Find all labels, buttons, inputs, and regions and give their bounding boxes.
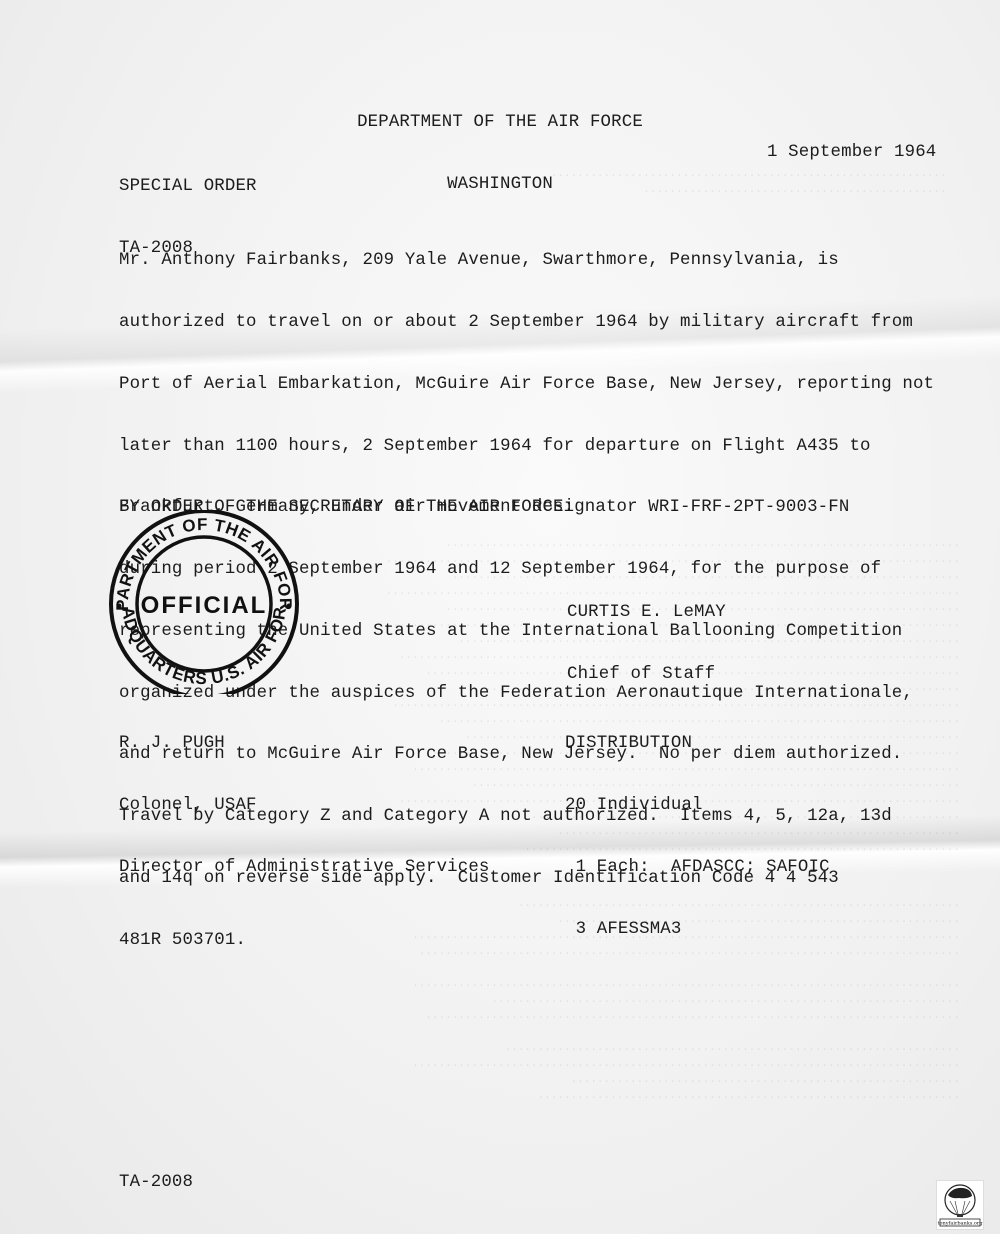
distribution-line: 3 AFESSMA3 <box>565 920 830 941</box>
distribution-line: 20 Individual <box>565 796 830 817</box>
authenticator-name: R. J. PUGH <box>119 734 490 755</box>
signatory-block: CURTIS E. LeMAY Chief of Staff <box>567 562 726 706</box>
department-title: DEPARTMENT OF THE AIR FORCE <box>0 113 1000 134</box>
order-date: 1 September 1964 <box>767 143 936 164</box>
distribution-block: DISTRIBUTION 20 Individual 1 Each: AFDAS… <box>565 693 830 961</box>
authenticator-position: Director of Administrative Services <box>119 858 490 879</box>
distribution-heading: DISTRIBUTION <box>565 734 830 755</box>
body-line: authorized to travel on or about 2 Septe… <box>119 313 934 334</box>
authenticator-rank: Colonel, USAF <box>119 796 490 817</box>
footer-order-number: TA-2008 <box>119 1173 193 1194</box>
site-name: tonyfairbanks.org <box>937 1221 983 1227</box>
site-watermark-logo: tonyfairbanks.org <box>936 1180 984 1230</box>
signatory-title: Chief of Staff <box>567 665 726 686</box>
official-seal-stamp: DEPARTMENT OF THE AIR FORCE HEADQUARTERS… <box>104 510 300 694</box>
distribution-line: 1 Each: AFDASCC; SAFOIC <box>565 858 830 879</box>
body-line: Mr. Anthony Fairbanks, 209 Yale Avenue, … <box>119 251 934 272</box>
order-type: SPECIAL ORDER <box>119 177 257 198</box>
seal-center-text: OFFICIAL <box>141 592 268 619</box>
balloon-icon: tonyfairbanks.org <box>937 1181 983 1229</box>
body-line: Port of Aerial Embarkation, McGuire Air … <box>119 375 934 396</box>
authenticator-block: R. J. PUGH Colonel, USAF Director of Adm… <box>119 693 490 899</box>
signatory-name: CURTIS E. LeMAY <box>567 603 726 624</box>
body-line: later than 1100 hours, 2 September 1964 … <box>119 437 934 458</box>
